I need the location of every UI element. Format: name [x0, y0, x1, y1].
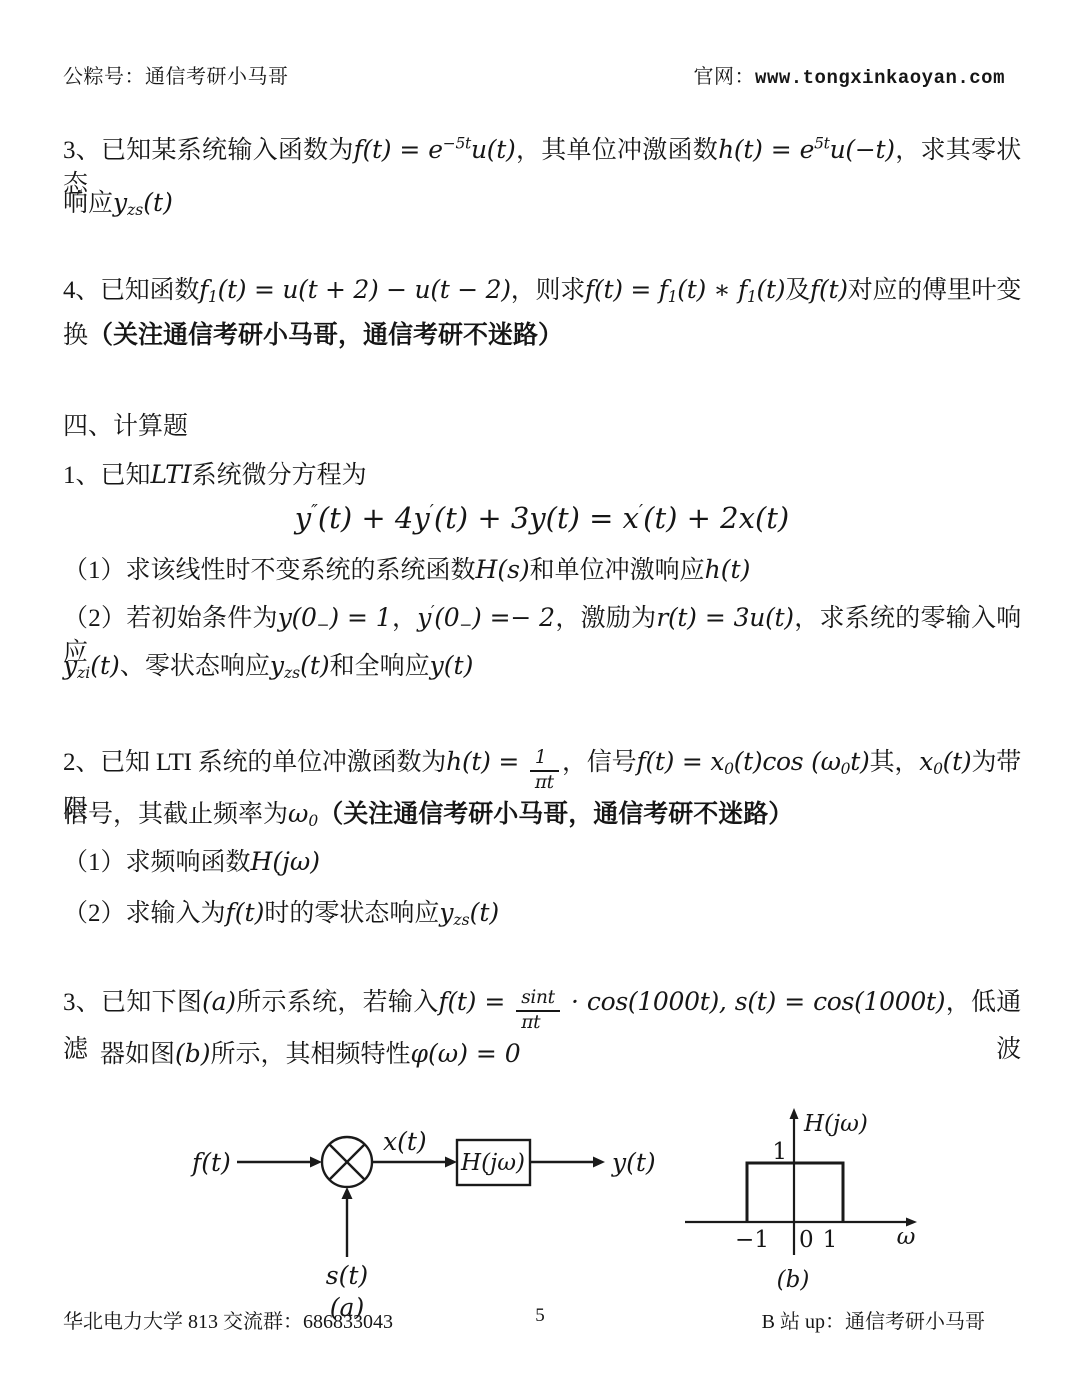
arrow-icon [790, 1108, 799, 1119]
problem-3-line-2: 响应yzs(t) [63, 186, 1021, 221]
diagram-a-labels: f(t) x(t) H(jω) y(t) s(t) (a) [190, 1127, 656, 1319]
response-axis-label: H(jω) [803, 1111, 868, 1137]
problem-4-line-2: 换（关注通信考研小马哥，通信考研不迷路） [63, 319, 1021, 353]
tick-pos-one: 1 [823, 1227, 838, 1253]
header-site-label: 官网： [694, 66, 756, 88]
diagram-b-axes [685, 1114, 906, 1255]
header-account-text: 公粽号：通信考研小马哥 [63, 60, 289, 89]
arrow-icon [310, 1157, 322, 1168]
filter-frequency-response-plot: H(jω) 1 −1 0 1 ω (b) [680, 1100, 930, 1295]
calc1-part1: （1）求该线性时不变系统的系统函数H(s)和单位冲激响应h(t) [63, 553, 1021, 588]
diagram-b-labels: H(jω) 1 −1 0 1 ω (b) [735, 1111, 916, 1293]
calc2-part1: （1）求频响函数H(jω) [63, 845, 1021, 880]
caption-b: (b) [777, 1267, 810, 1293]
problem-4-line-1: 4、已知函数f1(t) = u(t + 2) − u(t − 2)，则求f(t)… [63, 273, 1021, 308]
arrow-icon [593, 1157, 605, 1168]
carrier-label: s(t) [326, 1261, 368, 1290]
calc2-part2: （2）求输入为f(t)时的零状态响应yzs(t) [63, 896, 1021, 931]
input-label: f(t) [190, 1148, 231, 1177]
header-site-url: www.tongxinkaoyan.com [755, 67, 1005, 89]
tick-zero: 0 [799, 1227, 814, 1253]
output-label: y(t) [611, 1148, 656, 1177]
calc1-differential-equation: y″(t) + 4y′(t) + 3y(t) = x′(t) + 2x(t) [63, 499, 1021, 539]
arrow-icon [445, 1157, 457, 1168]
calc1-part2-line-2: yzi(t)、零状态响应yzs(t)和全响应y(t) [63, 649, 1021, 684]
calc2-line-2: 信号，其截止频率为ω0（关注通信考研小马哥，通信考研不迷路） [63, 797, 1021, 832]
peak-value-label: 1 [772, 1139, 787, 1165]
arrow-icon [342, 1187, 353, 1199]
system-block-diagram: f(t) x(t) H(jω) y(t) s(t) (a) [180, 1124, 660, 1319]
tick-neg-one: −1 [735, 1227, 769, 1253]
footer-bilibili-text: B 站 up：通信考研小马哥 [762, 1305, 985, 1334]
omega-axis-label: ω [897, 1224, 916, 1250]
product-label: x(t) [383, 1127, 427, 1156]
header-site: 官网：www.tongxinkaoyan.com [694, 60, 1005, 89]
filter-block-label: H(jω) [460, 1150, 525, 1176]
calc3-line-2: 器如图(b)所示，其相频特性φ(ω) = 0 [63, 1037, 1021, 1072]
calc1-heading: 1、已知LTI系统微分方程为 [63, 458, 1021, 493]
section-4-heading: 四、计算题 [63, 410, 1021, 444]
